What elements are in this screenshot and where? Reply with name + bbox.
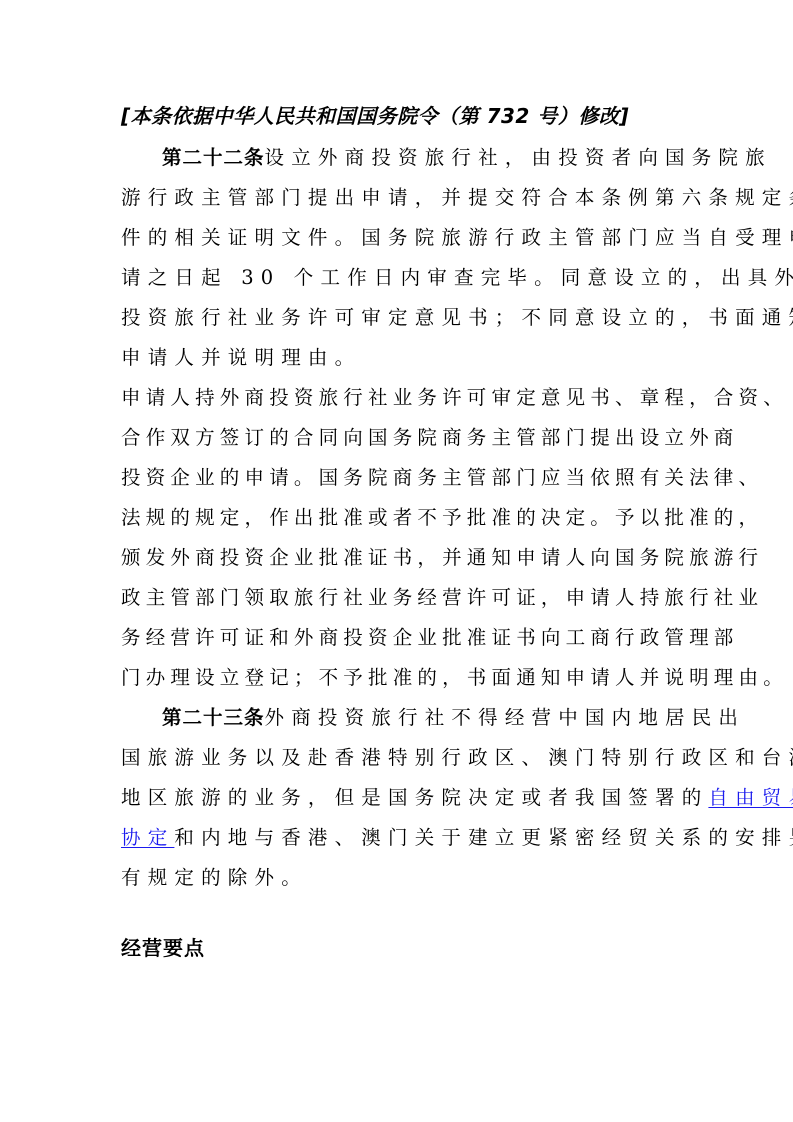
article-22-paragraph: 第二十二条设立外商投资旅行社，由投资者向国务院旅 — [121, 138, 677, 178]
article-23-line: 有规定的除外。 — [121, 858, 677, 898]
continuation-line: 法规的规定，作出批准或者不予批准的决定。予以批准的， — [121, 498, 677, 538]
article-22-line: 游行政主管部门提出申请，并提交符合本条例第六条规定条 — [121, 178, 677, 218]
article-22-line: 申请人并说明理由。 — [121, 338, 677, 378]
section-heading-business-points: 经营要点 — [121, 932, 677, 964]
free-trade-agreement-link-continued[interactable]: 协定 — [121, 826, 174, 849]
continuation-line: 政主管部门领取旅行社业务经营许可证，申请人持旅行社业 — [121, 578, 677, 618]
article-23-paragraph: 第二十三条外商投资旅行社不得经营中国内地居民出 — [121, 698, 677, 738]
article-22-line-1: 第二十二条设立外商投资旅行社，由投资者向国务院旅 — [121, 138, 677, 178]
continuation-line: 颁发外商投资企业批准证书，并通知申请人向国务院旅游行 — [121, 538, 677, 578]
article-22-continuation: 申请人持外商投资旅行社业务许可审定意见书、章程，合资、 合作双方签订的合同向国务… — [121, 378, 677, 698]
continuation-line: 务经营许可证和外商投资企业批准证书向工商行政管理部 — [121, 618, 677, 658]
article-22-line: 件的相关证明文件。国务院旅游行政主管部门应当自受理申 — [121, 218, 677, 258]
amendment-note: [本条依据中华人民共和国国务院令（第 732 号）修改] — [121, 100, 677, 132]
article-23-number: 第二十三条 — [162, 706, 265, 729]
continuation-line: 申请人持外商投资旅行社业务许可审定意见书、章程，合资、 — [121, 378, 677, 418]
article-22-body: 游行政主管部门提出申请，并提交符合本条例第六条规定条 件的相关证明文件。国务院旅… — [121, 178, 677, 378]
continuation-line: 门办理设立登记；不予批准的，书面通知申请人并说明理由。 — [121, 658, 677, 698]
free-trade-agreement-link[interactable]: 自由贸易 — [708, 786, 793, 809]
continuation-line: 投资企业的申请。国务院商务主管部门应当依照有关法律、 — [121, 458, 677, 498]
article-23-line: 国旅游业务以及赴香港特别行政区、澳门特别行政区和台湾 — [121, 738, 677, 778]
article-22-number: 第二十二条 — [162, 146, 265, 169]
article-22-line: 投资旅行社业务许可审定意见书；不同意设立的，书面通知 — [121, 298, 677, 338]
article-23-line-1: 第二十三条外商投资旅行社不得经营中国内地居民出 — [121, 698, 677, 738]
article-23-line: 地区旅游的业务，但是国务院决定或者我国签署的自由贸易 — [121, 778, 677, 818]
article-23-line: 协定和内地与香港、澳门关于建立更紧密经贸关系的安排另 — [121, 818, 677, 858]
article-23-body: 国旅游业务以及赴香港特别行政区、澳门特别行政区和台湾 地区旅游的业务，但是国务院… — [121, 738, 677, 898]
document-page: [本条依据中华人民共和国国务院令（第 732 号）修改] 第二十二条设立外商投资… — [121, 100, 677, 964]
continuation-line: 合作双方签订的合同向国务院商务主管部门提出设立外商 — [121, 418, 677, 458]
article-22-line: 请之日起 30 个工作日内审查完毕。同意设立的，出具外商 — [121, 258, 677, 298]
